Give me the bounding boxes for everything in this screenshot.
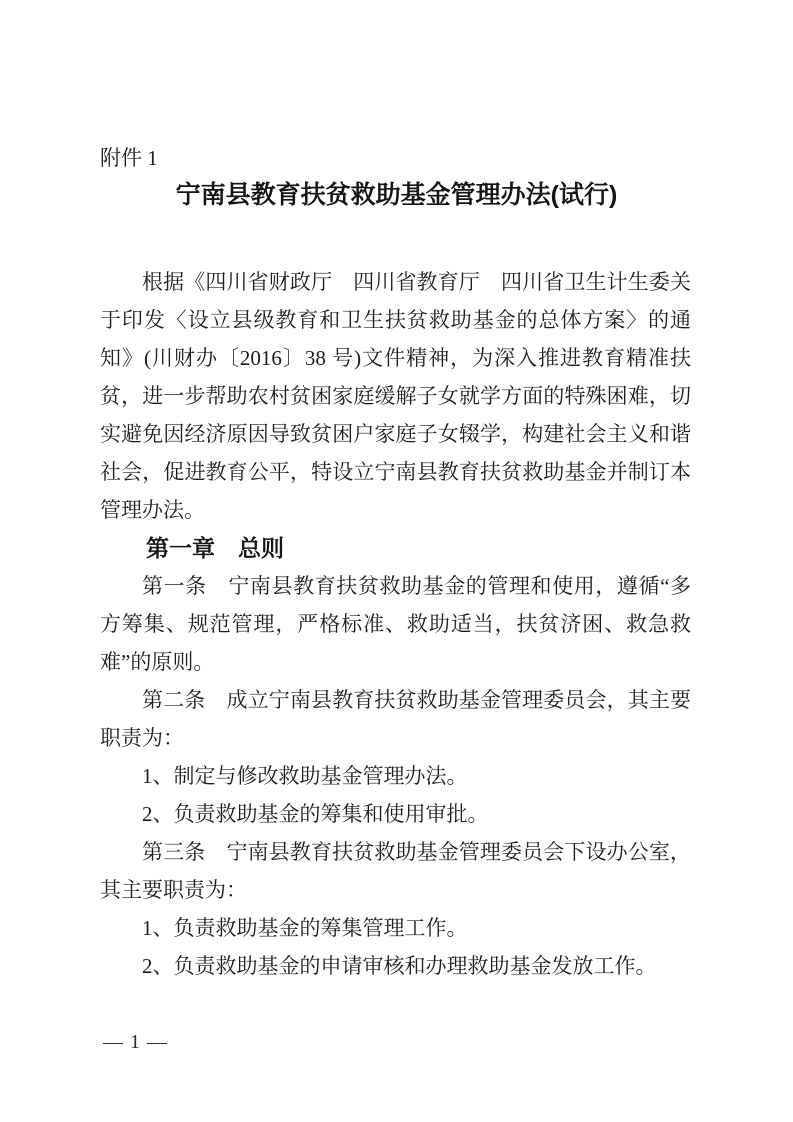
body-paragraph: 第三条 宁南县教育扶贫救助基金管理委员会下设办公室，其主要职责为： [100, 833, 691, 909]
body-paragraph: 2、负责救助基金的筹集和使用审批。 [100, 795, 691, 833]
body-paragraph: 1、制定与修改救助基金管理办法。 [100, 757, 691, 795]
body-paragraph: 1、负责救助基金的筹集管理工作。 [100, 909, 691, 947]
page-number: — 1 — [103, 1031, 168, 1053]
body-paragraph: 第一条 宁南县教育扶贫救助基金的管理和使用，遵循“多方筹集、规范管理，严格标准、… [100, 567, 691, 681]
body-paragraph: 根据《四川省财政厅 四川省教育厅 四川省卫生计生委关于印发〈设立县级教育和卫生扶… [100, 263, 691, 529]
body-paragraph: 第二条 成立宁南县教育扶贫救助基金管理委员会，其主要职责为： [100, 681, 691, 757]
document-page: 附件 1 宁南县教育扶贫救助基金管理办法(试行) 根据《四川省财政厅 四川省教育… [0, 0, 793, 1122]
document-body: 根据《四川省财政厅 四川省教育厅 四川省卫生计生委关于印发〈设立县级教育和卫生扶… [100, 263, 691, 985]
attachment-label: 附件 1 [100, 146, 793, 170]
document-title: 宁南县教育扶贫救助基金管理办法(试行) [0, 180, 793, 210]
chapter-heading: 第一章 总则 [100, 529, 691, 567]
body-paragraph: 2、负责救助基金的申请审核和办理救助基金发放工作。 [100, 947, 691, 985]
